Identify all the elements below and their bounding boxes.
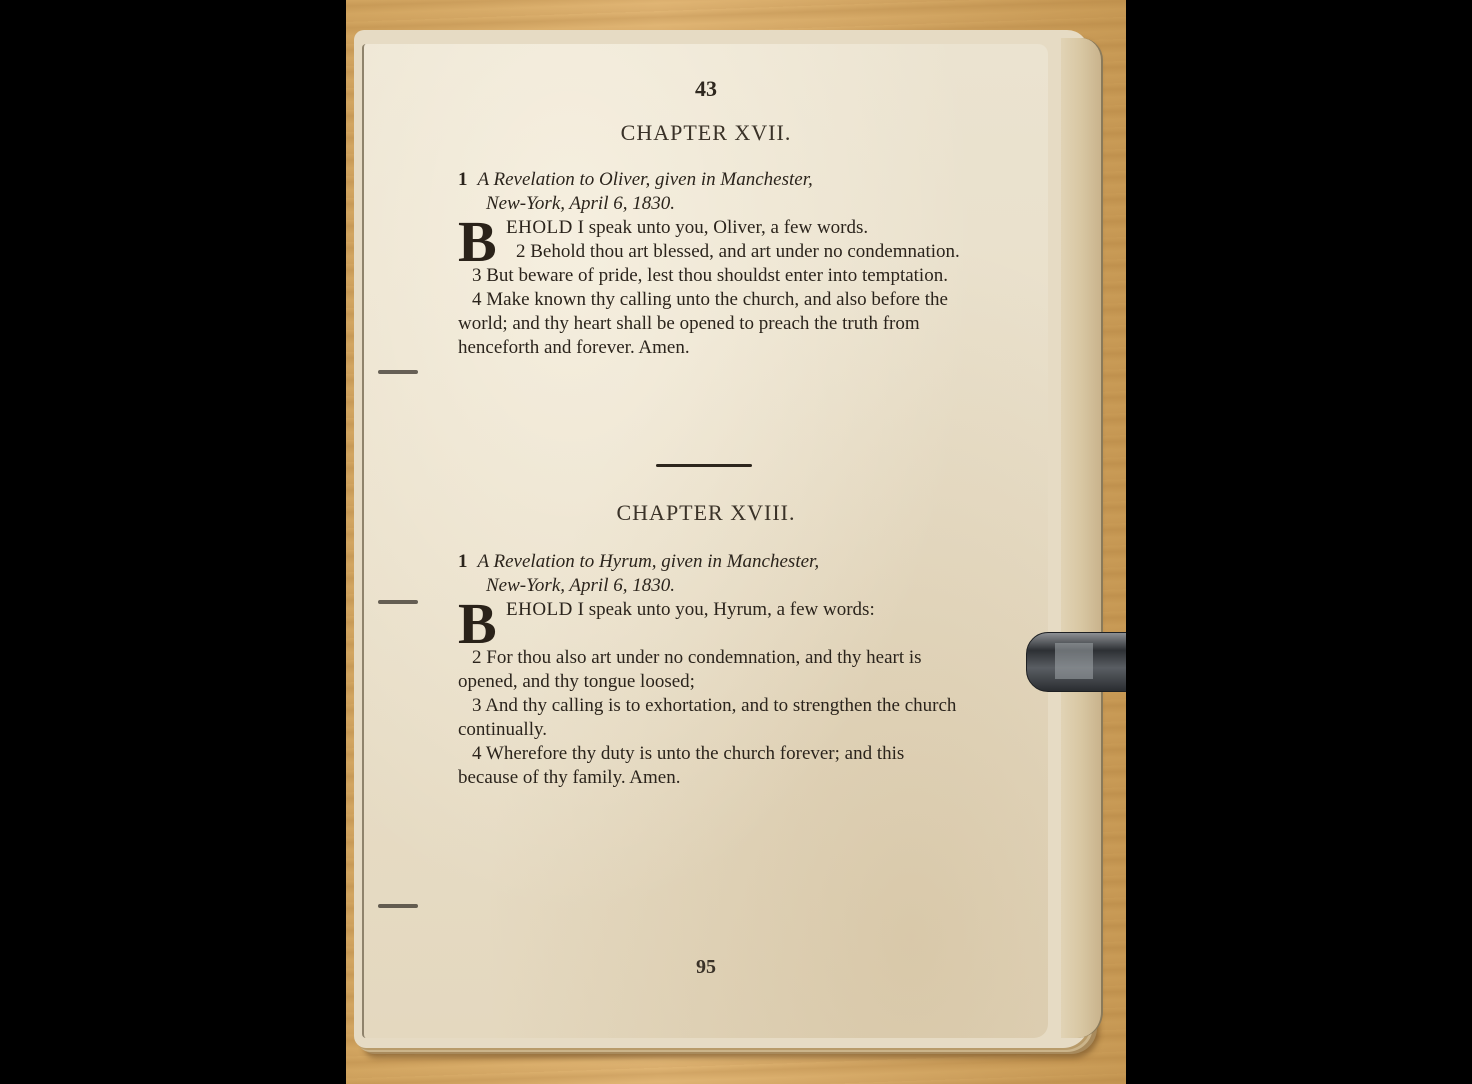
verse: 2 Behold thou art blessed, and art under… bbox=[506, 240, 968, 264]
signature-mark: 95 bbox=[364, 956, 1048, 979]
chapter-separator-rule bbox=[656, 464, 752, 467]
verse: 4 Make known thy calling unto the church… bbox=[458, 288, 968, 360]
revelation-heading: 1A Revelation to Hyrum, given in Manches… bbox=[458, 550, 968, 598]
metal-bookmark-blade bbox=[1026, 632, 1126, 692]
heading-text-continued: New-York, April 6, 1830. bbox=[458, 574, 968, 598]
chapter-18-body: 1A Revelation to Hyrum, given in Manches… bbox=[458, 550, 968, 790]
book-photo: 43 CHAPTER XVII. 1A Revelation to Oliver… bbox=[346, 0, 1126, 1084]
opening-text: I speak unto you, Oliver, a few words. bbox=[573, 217, 868, 238]
verse: 2 For thou also art under no condemnatio… bbox=[458, 646, 968, 694]
chapter-title: CHAPTER XVII. bbox=[364, 120, 1048, 146]
binding-stitch bbox=[378, 600, 418, 604]
heading-text: A Revelation to Hyrum, given in Manchest… bbox=[478, 551, 820, 572]
binding-stitch bbox=[378, 904, 418, 908]
page-edges bbox=[1061, 38, 1103, 1038]
blade-reflection bbox=[1055, 643, 1093, 679]
binding-stitch bbox=[378, 370, 418, 374]
verse: 3 But beware of pride, lest thou shoulds… bbox=[458, 264, 968, 288]
page-number: 43 bbox=[364, 76, 1048, 102]
drop-cap: B bbox=[458, 598, 497, 650]
verse: 3 And thy calling is to exhortation, and… bbox=[458, 694, 968, 742]
opening-verse: B EHOLD I speak unto you, Oliver, a few … bbox=[458, 216, 968, 264]
verse-number: 1 bbox=[458, 551, 468, 572]
chapter-title: CHAPTER XVIII. bbox=[364, 500, 1048, 526]
opening-caps: EHOLD bbox=[506, 217, 573, 238]
verse-number: 1 bbox=[458, 169, 468, 190]
revelation-heading: 1A Revelation to Oliver, given in Manche… bbox=[458, 168, 968, 216]
opening-verse: B EHOLD I speak unto you, Hyrum, a few w… bbox=[458, 598, 968, 646]
verse: 4 Wherefore thy duty is unto the church … bbox=[458, 742, 968, 790]
drop-cap: B bbox=[458, 216, 497, 268]
opening-caps: EHOLD bbox=[506, 599, 573, 620]
heading-text-continued: New-York, April 6, 1830. bbox=[458, 192, 968, 216]
chapter-17-body: 1A Revelation to Oliver, given in Manche… bbox=[458, 168, 968, 360]
book-page: 43 CHAPTER XVII. 1A Revelation to Oliver… bbox=[362, 44, 1048, 1038]
opening-text: I speak unto you, Hyrum, a few words: bbox=[573, 599, 875, 620]
heading-text: A Revelation to Oliver, given in Manches… bbox=[478, 169, 813, 190]
